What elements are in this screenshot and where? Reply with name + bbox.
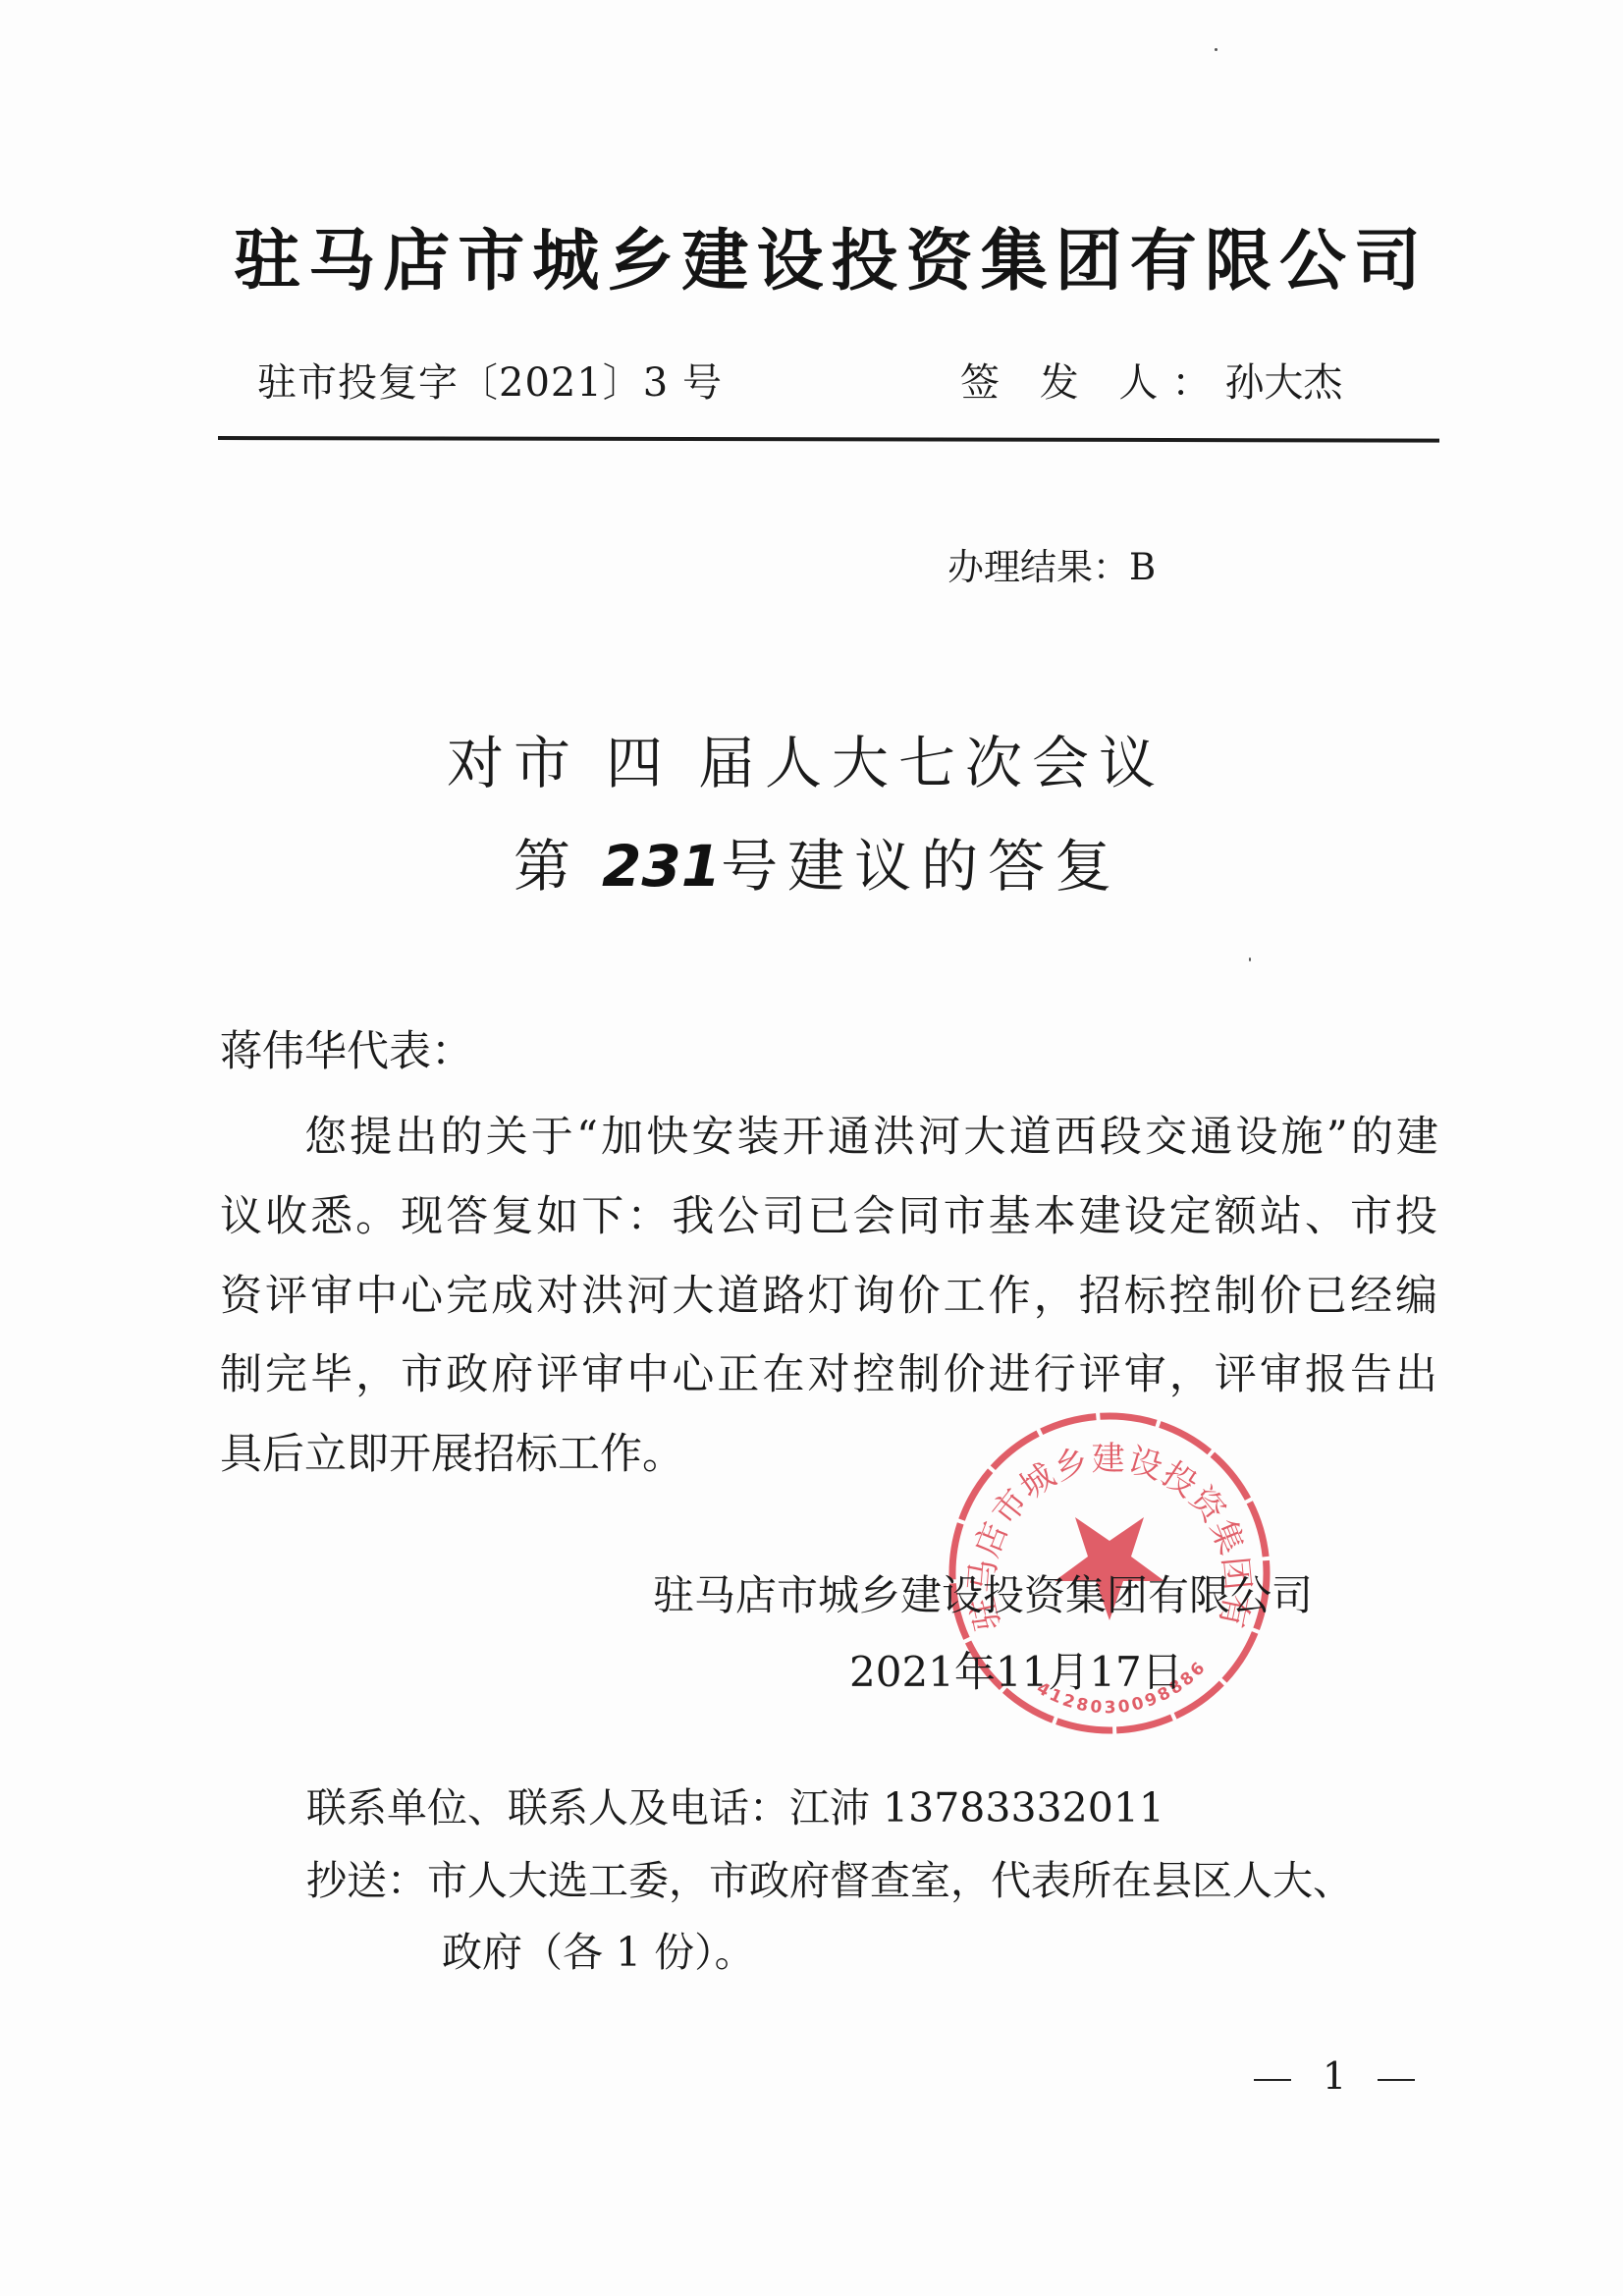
contact-person: 江沛 bbox=[789, 1784, 870, 1831]
letterhead-organization: 驻马店市城乡建设投资集团有限公司 bbox=[234, 208, 1427, 303]
title-part: 届人大七次会议 bbox=[698, 730, 1165, 796]
title-part: 四 bbox=[606, 730, 673, 796]
signer-name: 孙大杰 bbox=[1224, 360, 1342, 406]
signature-date: 2021年11月17日 bbox=[849, 1640, 1183, 1699]
scan-speck bbox=[1249, 957, 1251, 961]
cc-line: 抄送：市人大选工委，市政府督查室，代表所在县区人大、 bbox=[306, 1848, 1353, 1906]
contact-phone: 13783332011 bbox=[883, 1784, 1164, 1831]
header-divider bbox=[218, 436, 1439, 443]
contact-label: 联系单位、联系人及电话： bbox=[306, 1784, 789, 1831]
body-paragraph-line: 具后立即开展招标工作。 bbox=[220, 1421, 684, 1481]
cc-recipients: 市人大选工委，市政府督查室，代表所在县区人大、 bbox=[427, 1857, 1353, 1904]
document-number: 驻市投复字〔2021〕3 号 bbox=[257, 352, 723, 408]
signer-label: 签 发 人： bbox=[960, 360, 1224, 406]
contact-info: 联系单位、联系人及电话：江沛 13783332011 bbox=[306, 1776, 1164, 1833]
cc-line-continued: 政府（各 1 份）。 bbox=[442, 1920, 755, 1978]
page-number-value: 1 bbox=[1323, 2054, 1346, 2098]
dash-decoration bbox=[1378, 2079, 1415, 2081]
dash-decoration bbox=[1254, 2079, 1291, 2081]
document-title-line1: 对市四届人大七次会议 bbox=[447, 717, 1165, 799]
handling-result-label: 办理结果： bbox=[947, 546, 1129, 588]
body-paragraph-line: 议收悉。现答复如下：我公司已会同市基本建设定额站、市投 bbox=[220, 1183, 1437, 1243]
signature-organization: 驻马店市城乡建设投资集团有限公司 bbox=[653, 1563, 1313, 1622]
title-part: 对市 bbox=[447, 730, 580, 796]
page-number: 1 bbox=[1222, 2054, 1446, 2098]
document-title-line2: 第231号建议的答复 bbox=[514, 820, 1121, 902]
handling-result-value: B bbox=[1129, 546, 1156, 588]
title-prefix: 第 bbox=[514, 833, 580, 900]
body-paragraph-line: 制完毕，市政府评审中心正在对控制价进行评审，评审报告出 bbox=[220, 1341, 1437, 1401]
scan-speck bbox=[1215, 48, 1217, 51]
body-paragraph-line: 资评审中心完成对洪河大道路灯询价工作，招标控制价已经编 bbox=[220, 1263, 1437, 1323]
salutation: 蒋伟华代表： bbox=[220, 1018, 473, 1078]
signer: 签 发 人：孙大杰 bbox=[960, 352, 1342, 408]
handling-result: 办理结果：B bbox=[947, 537, 1156, 590]
title-suffix: 号建议的答复 bbox=[721, 833, 1121, 900]
body-paragraph-line: 您提出的关于“加快安装开通洪河大道西段交通设施”的建 bbox=[304, 1104, 1438, 1164]
proposal-number-handwritten: 231 bbox=[602, 833, 721, 900]
cc-label: 抄送： bbox=[306, 1857, 427, 1904]
